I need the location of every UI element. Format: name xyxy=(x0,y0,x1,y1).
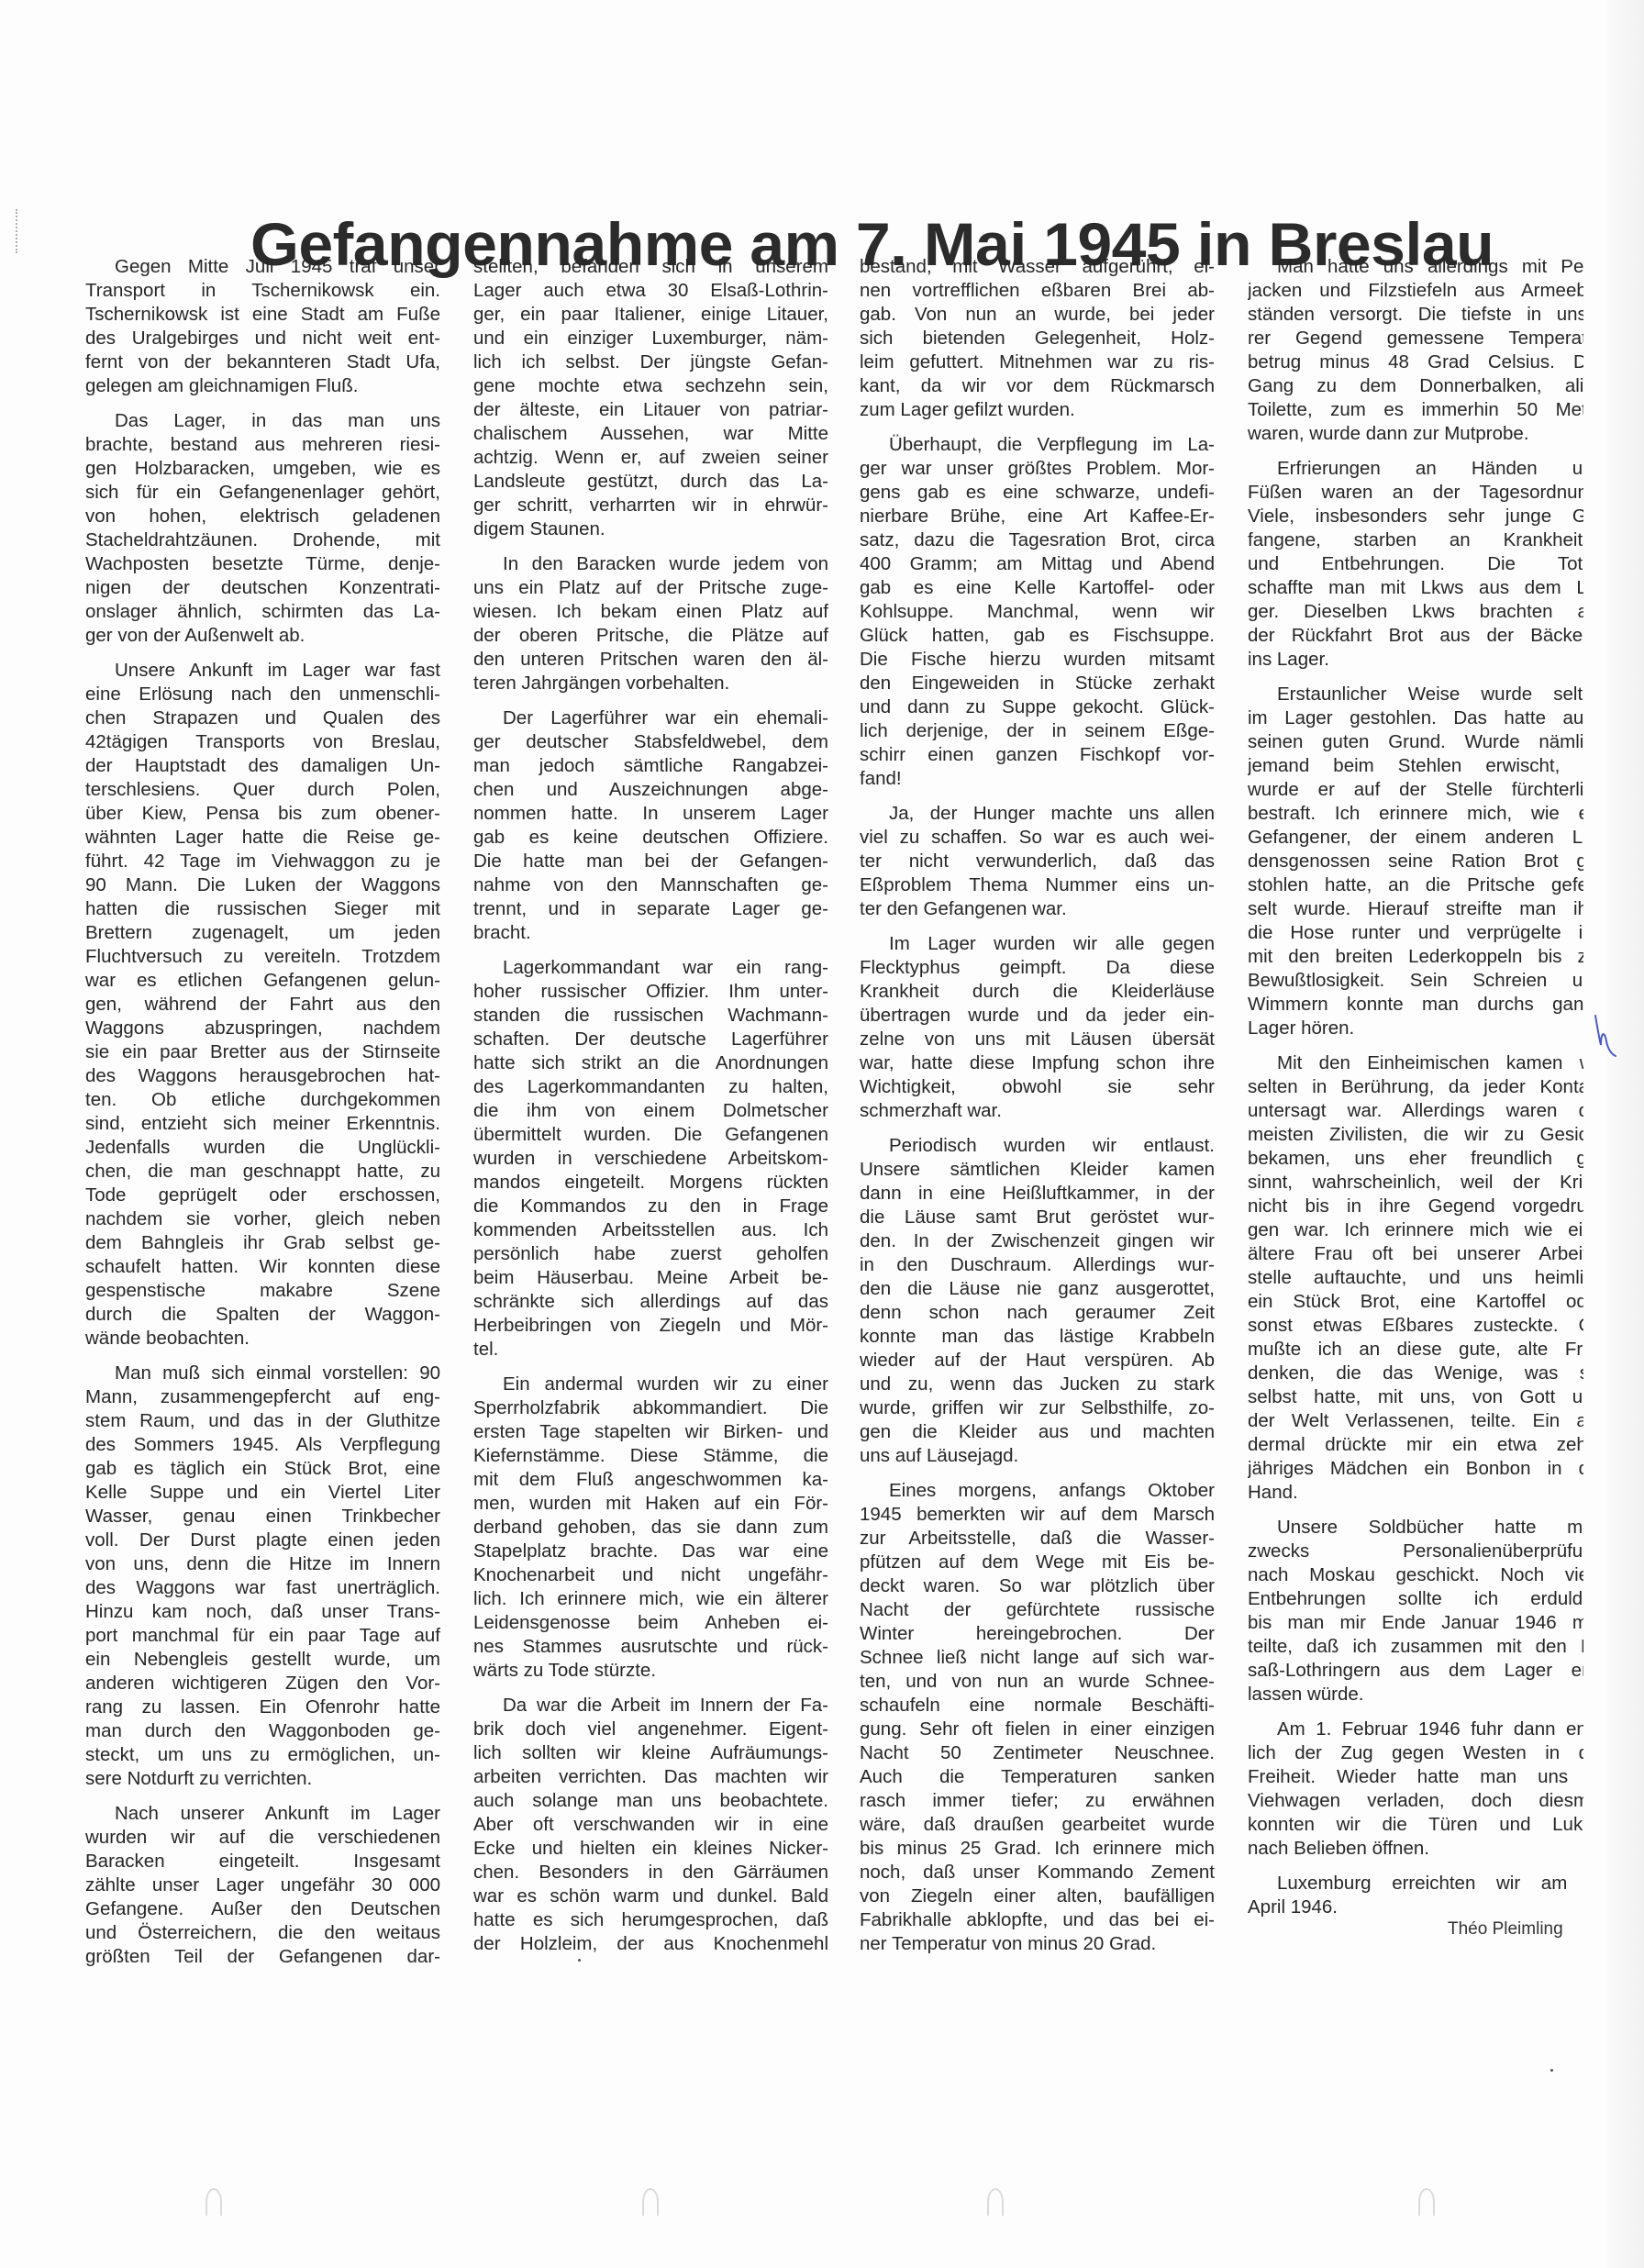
text-line: arbeiten verrichten. Das machten wir xyxy=(473,1765,828,1789)
text-line: Gegen Mitte Juli 1945 traf unser xyxy=(85,255,440,279)
text-line: stohlen hatte, an die Pritsche gefes- xyxy=(1248,873,1583,897)
text-line: wiesen. Ich bekam einen Platz auf xyxy=(473,600,828,624)
article-paragraph: Unsere Ankunft im Lager war fasteine Erl… xyxy=(85,659,440,1351)
text-line: und zu, wenn das Jucken zu stark xyxy=(860,1373,1215,1396)
text-line: Glück hatten, gab es Fischsuppe. xyxy=(860,624,1215,648)
text-line: Baracken eingeteilt. Insgesamt xyxy=(85,1850,440,1873)
text-line: wurde, griffen wir zur Selbsthilfe, zo- xyxy=(860,1396,1215,1420)
text-line: bis man mir Ende Januar 1946 mit- xyxy=(1248,1611,1583,1635)
text-line: sie ein paar Bretter aus der Stirnseite xyxy=(85,1040,440,1064)
text-line: ständen versorgt. Die tiefste in unse- xyxy=(1248,303,1583,327)
text-line: Unsere sämtlichen Kleider kamen xyxy=(860,1158,1215,1182)
article-paragraph: Am 1. Februar 1946 fuhr dann end-lich de… xyxy=(1248,1718,1583,1861)
text-line: Brettern zugenagelt, um jeden xyxy=(85,921,440,945)
text-line: Füßen waren an der Tagesordnung. xyxy=(1248,481,1583,505)
text-line: war es etlichen Gefangenen gelun- xyxy=(85,969,440,993)
text-line: war, hatte diese Impfung schon ihre xyxy=(860,1051,1215,1075)
text-line: sinnt, wahrscheinlich, weil der Krieg xyxy=(1248,1171,1583,1195)
article-paragraph: Lagerkommandant war ein rang-hoher russi… xyxy=(473,956,828,1362)
text-line: port manchmal für ein paar Tage auf xyxy=(85,1624,440,1648)
text-line: mandos eingeteilt. Morgens rückten xyxy=(473,1171,828,1195)
text-line: pfützen auf dem Wege mit Eis be- xyxy=(860,1551,1215,1574)
article-column-2: stellten, befanden sich in unseremLager … xyxy=(473,255,828,1967)
text-line: Hand. xyxy=(1248,1481,1583,1505)
article-paragraph: Überhaupt, die Verpflegung im La-ger war… xyxy=(860,433,1215,791)
text-line: Auch die Temperaturen sanken xyxy=(860,1765,1215,1789)
text-line: Man muß sich einmal vorstellen: 90 xyxy=(85,1362,440,1385)
text-line: ter den Gefangenen war. xyxy=(860,897,1215,921)
article-paragraph: Nach unserer Ankunft im Lagerwurden wir … xyxy=(85,1802,440,1969)
text-line: der Holzleim, der aus Knochenmehl xyxy=(473,1932,828,1956)
text-line: sind, entzieht sich meiner Erkenntnis. xyxy=(85,1112,440,1136)
text-line: fangene, starben an Krankheiten xyxy=(1248,528,1583,552)
text-line: ner Temperatur von minus 20 Grad. xyxy=(860,1932,1215,1956)
text-line: Im Lager wurden wir alle gegen xyxy=(860,932,1215,956)
text-line: Unsere Ankunft im Lager war fast xyxy=(85,659,440,683)
text-line: Kiefernstämme. Diese Stämme, die xyxy=(473,1444,828,1468)
text-line: nachdem sie vorher, gleich neben xyxy=(85,1207,440,1231)
text-line: die Hose runter und verprügelte ihn xyxy=(1248,921,1583,945)
text-line: die Läuse samt Brut geröstet wur- xyxy=(860,1206,1215,1229)
text-line: viel zu schaffen. So war es auch wei- xyxy=(860,826,1215,850)
text-line: 90 Mann. Die Luken der Waggons xyxy=(85,873,440,897)
text-line: schaufeln eine normale Beschäfti- xyxy=(860,1694,1215,1718)
text-line: digem Staunen. xyxy=(473,517,828,541)
text-line: Viehwagen verladen, doch diesmal xyxy=(1248,1789,1583,1813)
text-line: wärts zu Tode stürzte. xyxy=(473,1659,828,1683)
text-line: seinen guten Grund. Wurde nämlich xyxy=(1248,730,1583,754)
text-line: Aber oft verschwanden wir in eine xyxy=(473,1813,828,1837)
text-line: gab es täglich ein Stück Brot, eine xyxy=(85,1457,440,1481)
text-line: man durch den Waggonboden ge- xyxy=(85,1719,440,1743)
text-line: und Entbehrungen. Die Toten xyxy=(1248,552,1583,576)
article-paragraph: Unsere Soldbücher hatte manzwecks Person… xyxy=(1248,1516,1583,1707)
text-line: der Hauptstadt des damaligen Un- xyxy=(85,754,440,778)
text-line: zur Arbeitsstelle, daß die Wasser- xyxy=(860,1527,1215,1551)
text-line: ten, und von nun an wurde Schnee- xyxy=(860,1670,1215,1694)
text-line: derband gehoben, das sie dann zum xyxy=(473,1516,828,1540)
text-line: selten in Berührung, da jeder Kontakt xyxy=(1248,1075,1583,1099)
article-paragraph: Erstaunlicher Weise wurde seltenim Lager… xyxy=(1248,683,1583,1040)
text-line: lassen würde. xyxy=(1248,1683,1583,1707)
text-line: Periodisch wurden wir entlaust. xyxy=(860,1134,1215,1158)
text-line: wände beobachten. xyxy=(85,1327,440,1351)
article-paragraph: stellten, befanden sich in unseremLager … xyxy=(473,255,828,541)
text-line: Lager auch etwa 30 Elsaß-Lothrin- xyxy=(473,279,828,303)
text-line: beim Häuserbau. Meine Arbeit be- xyxy=(473,1266,828,1290)
text-line: onslager ähnlich, schirmten das La- xyxy=(85,600,440,624)
text-line: gen Holzbaracken, umgeben, wie es xyxy=(85,457,440,481)
text-line: gab es eine Kelle Kartoffel- oder xyxy=(860,576,1215,600)
text-line: Flecktyphus geimpft. Da diese xyxy=(860,956,1215,980)
text-line: Überhaupt, die Verpflegung im La- xyxy=(860,433,1215,457)
text-line: uns ein Platz auf der Pritsche zuge- xyxy=(473,576,828,600)
article-paragraph: Das Lager, in das man unsbrachte, bestan… xyxy=(85,409,440,648)
text-line: Leidensgenosse beim Anheben ei- xyxy=(473,1611,828,1635)
text-line: ein Nebengleis gestellt wurde, um xyxy=(85,1648,440,1672)
text-line: gab. Von nun an wurde, bei jeder xyxy=(860,303,1215,327)
article-paragraph: Mit den Einheimischen kamen wirselten in… xyxy=(1248,1051,1583,1505)
text-line: lich derjenige, der in seinem Eßge- xyxy=(860,719,1215,743)
text-line: Nach unserer Ankunft im Lager xyxy=(85,1802,440,1826)
text-line: teilte, daß ich zusammen mit den El- xyxy=(1248,1635,1583,1659)
text-line: den unteren Pritschen waren den äl- xyxy=(473,648,828,672)
text-line: lich. Ich erinnere mich, wie ein älterer xyxy=(473,1587,828,1611)
article-paragraph: Periodisch wurden wir entlaust.Unsere sä… xyxy=(860,1134,1215,1468)
text-line: stellten, befanden sich in unserem xyxy=(473,255,828,279)
text-line: schränkte sich allerdings auf das xyxy=(473,1290,828,1314)
text-line: brik doch viel angenehmer. Eigent- xyxy=(473,1718,828,1741)
text-line: Mit den Einheimischen kamen wir xyxy=(1248,1051,1583,1075)
text-line: ger war unser größtes Problem. Mor- xyxy=(860,457,1215,481)
text-line: von uns, denn die Hitze im Innern xyxy=(85,1552,440,1576)
text-line: Wasser, genau einen Trinkbecher xyxy=(85,1505,440,1529)
article-paragraph: Gegen Mitte Juli 1945 traf unserTranspor… xyxy=(85,255,440,398)
text-line: steckt, um uns zu ermöglichen, un- xyxy=(85,1743,440,1767)
text-line: Viele, insbesonders sehr junge Ge- xyxy=(1248,505,1583,528)
text-line: im Lager gestohlen. Das hatte auch xyxy=(1248,706,1583,730)
text-line: gelegen am gleichnamigen Fluß. xyxy=(85,374,440,398)
text-line: schaften. Der deutsche Lagerführer xyxy=(473,1028,828,1051)
text-line: trennt, und in separate Lager ge- xyxy=(473,897,828,921)
article-paragraph: Da war die Arbeit im Innern der Fa-brik … xyxy=(473,1694,828,1956)
text-line: noch, daß unser Kommando Zement xyxy=(860,1861,1215,1884)
text-line: chen und Auszeichnungen abge- xyxy=(473,778,828,802)
text-line: Die Fische hierzu wurden mitsamt xyxy=(860,648,1215,672)
article-column-4-inner: Man hatte uns allerdings mit Pelz-jacken… xyxy=(1248,255,1583,1919)
text-line: der älteste, ein Litauer von patriar- xyxy=(473,398,828,422)
text-line: Nacht 50 Zentimeter Neuschnee. xyxy=(860,1741,1215,1765)
article-paragraph: Ein andermal wurden wir zu einerSperrhol… xyxy=(473,1373,828,1683)
binder-hole-mark xyxy=(642,2188,659,2216)
text-line: kommenden Arbeitsstellen aus. Ich xyxy=(473,1218,828,1242)
article-column-1: Gegen Mitte Juli 1945 traf unserTranspor… xyxy=(85,255,440,1980)
text-line: dermal drückte mir ein etwa zehn- xyxy=(1248,1433,1583,1457)
text-line: Erstaunlicher Weise wurde selten xyxy=(1248,683,1583,706)
text-line: meisten Zivilisten, die wir zu Gesicht xyxy=(1248,1123,1583,1147)
text-line: sonst etwas Eßbares zusteckte. Oft xyxy=(1248,1314,1583,1338)
text-line: tel. xyxy=(473,1338,828,1362)
text-line: standen die russischen Wachmann- xyxy=(473,1004,828,1028)
text-line: 42tägigen Transports von Breslau, xyxy=(85,730,440,754)
text-line: hoher russischer Offizier. Ihm unter- xyxy=(473,980,828,1004)
text-line: Fabrikhalle abklopfte, und das bei ei- xyxy=(860,1908,1215,1932)
text-line: Eßproblem Thema Nummer eins un- xyxy=(860,873,1215,897)
text-line: und ein einziger Luxemburger, näm- xyxy=(473,327,828,350)
text-line: ger, ein paar Italiener, einige Litauer, xyxy=(473,303,828,327)
text-line: wurden wir auf die verschiedenen xyxy=(85,1826,440,1850)
text-line: Man hatte uns allerdings mit Pelz- xyxy=(1248,255,1583,279)
text-line: schmerzhaft war. xyxy=(860,1099,1215,1123)
text-line: von hohen, elektrisch geladenen xyxy=(85,505,440,528)
text-line: und dann zu Suppe gekocht. Glück- xyxy=(860,695,1215,719)
text-line: zwecks Personalienüberprüfung xyxy=(1248,1540,1583,1563)
text-line: Lager hören. xyxy=(1248,1017,1583,1040)
text-line: Die hatte man bei der Gefangen- xyxy=(473,850,828,873)
text-line: Ein andermal wurden wir zu einer xyxy=(473,1373,828,1396)
text-line: ter nicht verwunderlich, daß das xyxy=(860,850,1215,873)
text-line: des Waggons war fast unerträglich. xyxy=(85,1576,440,1600)
text-line: gen die Kleider aus und machten xyxy=(860,1420,1215,1444)
text-line: voll. Der Durst plagte einen jeden xyxy=(85,1529,440,1552)
text-line: nach Belieben öffnen. xyxy=(1248,1837,1583,1861)
text-line: 1945 bemerkten wir auf dem Marsch xyxy=(860,1503,1215,1527)
text-line: ins Lager. xyxy=(1248,648,1583,672)
text-line: Unsere Soldbücher hatte man xyxy=(1248,1516,1583,1540)
text-line: Gang zu dem Donnerbalken, alias xyxy=(1248,374,1583,398)
text-line: nierbare Brühe, eine Art Kaffee-Er- xyxy=(860,505,1215,528)
text-line: kant, da wir vor dem Rückmarsch xyxy=(860,374,1215,398)
text-line: in den Duschraum. Allerdings wur- xyxy=(860,1253,1215,1277)
text-line: bekamen, uns eher freundlich ge- xyxy=(1248,1147,1583,1171)
article-paragraph: Man hatte uns allerdings mit Pelz-jacken… xyxy=(1248,255,1583,446)
text-line: nommen hatte. In unserem Lager xyxy=(473,802,828,826)
text-line: In den Baracken wurde jedem von xyxy=(473,552,828,576)
text-line: konnten wir die Türen und Luken xyxy=(1248,1813,1583,1837)
text-line: Am 1. Februar 1946 fuhr dann end- xyxy=(1248,1718,1583,1741)
text-line: men, wurden mit Haken auf ein För- xyxy=(473,1492,828,1516)
text-line: mit den breiten Lederkoppeln bis zur xyxy=(1248,945,1583,969)
article-paragraph: Eines morgens, anfangs Oktober1945 bemer… xyxy=(860,1479,1215,1956)
text-line: anderen wichtigeren Zügen den Vor- xyxy=(85,1672,440,1695)
scan-speck xyxy=(578,1959,581,1962)
text-line: Wimmern konnte man durchs ganze xyxy=(1248,993,1583,1017)
text-line: chen. Besonders in den Gärräumen xyxy=(473,1861,828,1884)
article-paragraph: Ja, der Hunger machte uns allenviel zu s… xyxy=(860,802,1215,921)
text-line: die ihm von einem Dolmetscher xyxy=(473,1099,828,1123)
text-line: nen vortrefflichen eßbaren Brei ab- xyxy=(860,279,1215,303)
text-line: jacken und Filzstiefeln aus Armeebe- xyxy=(1248,279,1583,303)
text-line: Wichtigkeit, obwohl sie sehr xyxy=(860,1075,1215,1099)
article-column-4: Man hatte uns allerdings mit Pelz-jacken… xyxy=(1248,255,1583,1930)
text-line: Da war die Arbeit im Innern der Fa- xyxy=(473,1694,828,1718)
article-paragraph: Luxemburg erreichten wir am 7.April 1946… xyxy=(1248,1872,1583,1919)
text-line: Sperrholzfabrik abkommandiert. Die xyxy=(473,1396,828,1420)
text-line: übermittelt wurden. Die Gefangenen xyxy=(473,1123,828,1147)
text-line: durch die Spalten der Waggon- xyxy=(85,1303,440,1327)
text-line: der oberen Pritsche, die Plätze auf xyxy=(473,624,828,648)
text-line: Der Lagerführer war ein ehemali- xyxy=(473,706,828,730)
text-line: April 1946. xyxy=(1248,1896,1583,1919)
text-line: und Österreichern, die den weitaus xyxy=(85,1921,440,1945)
handwritten-pen-mark-icon xyxy=(1592,1014,1619,1060)
text-line: rer Gegend gemessene Temperatur xyxy=(1248,327,1583,350)
text-line: Erfrierungen an Händen und xyxy=(1248,457,1583,481)
text-line: uns auf Läusejagd. xyxy=(860,1444,1215,1468)
text-line: wurden in verschiedene Arbeitskom- xyxy=(473,1147,828,1171)
text-line: sich bietenden Gelegenheit, Holz- xyxy=(860,327,1215,350)
text-line: ger schritt, verharrten wir in ehrwür- xyxy=(473,494,828,517)
article-column-3: bestand, mit Wasser aufgerührt, ei-nen v… xyxy=(860,255,1215,1967)
text-line: Wachposten besetzte Türme, denje- xyxy=(85,552,440,576)
text-line: Mann, zusammengepfercht auf eng- xyxy=(85,1385,440,1409)
text-line: des Uralgebirges und nicht weit ent- xyxy=(85,327,440,350)
text-line: auch solange man uns beobachtete. xyxy=(473,1789,828,1813)
text-line: Tschernikowsk ist eine Stadt am Fuße xyxy=(85,303,440,327)
text-line: hatte sich strikt an die Anordnungen xyxy=(473,1051,828,1075)
text-line: betrug minus 48 Grad Celsius. Der xyxy=(1248,350,1583,374)
text-line: hatte es sich herumgesprochen, daß xyxy=(473,1908,828,1932)
text-line: lich sollten wir kleine Aufräumungs- xyxy=(473,1741,828,1765)
text-line: Herbeibringen von Ziegeln und Mör- xyxy=(473,1314,828,1338)
text-line: Gefangene. Außer den Deutschen xyxy=(85,1897,440,1921)
text-line: Winter hereingebrochen. Der xyxy=(860,1622,1215,1646)
text-line: man jedoch sämtliche Rangabzei- xyxy=(473,754,828,778)
text-line: denn schon nach geraumer Zeit xyxy=(860,1301,1215,1325)
text-line: selt wurde. Hierauf streifte man ihm xyxy=(1248,897,1583,921)
text-line: gespenstische makabre Szene xyxy=(85,1279,440,1303)
text-line: schaufelt hatten. Wir konnten diese xyxy=(85,1255,440,1279)
text-line: zählte unser Lager ungefähr 30 000 xyxy=(85,1873,440,1897)
text-line: Knochenarbeit und nicht ungefähr- xyxy=(473,1563,828,1587)
text-line: satz, dazu die Tagesration Brot, circa xyxy=(860,528,1215,552)
text-line: Entbehrungen sollte ich erdulden xyxy=(1248,1587,1583,1611)
scan-speck xyxy=(1550,2069,1553,2072)
text-line: des Waggons herausgebrochen hat- xyxy=(85,1064,440,1088)
text-line: Ecke und hielten ein kleines Nicker- xyxy=(473,1837,828,1861)
text-line: der Rückfahrt Brot aus der Bäckerei xyxy=(1248,624,1583,648)
text-line: chen Strapazen und Qualen des xyxy=(85,706,440,730)
text-line: Stapelplatz brachte. Das war eine xyxy=(473,1540,828,1563)
text-line: achtzig. Wenn er, auf zweien seiner xyxy=(473,446,828,470)
text-line: ger von der Außenwelt ab. xyxy=(85,624,440,648)
text-line: gens gab es eine schwarze, undefi- xyxy=(860,481,1215,505)
text-line: dann in eine Heißluftkammer, in der xyxy=(860,1182,1215,1206)
text-line: eine Erlösung nach den unmenschli- xyxy=(85,683,440,706)
text-line: Jedenfalls wurden die Unglückli- xyxy=(85,1136,440,1160)
text-line: der Welt Verlassenen, teilte. Ein an- xyxy=(1248,1409,1583,1433)
text-line: gene mochte etwa sechzehn sein, xyxy=(473,374,828,398)
text-line: sich für ein Gefangenenlager gehört, xyxy=(85,481,440,505)
text-line: deckt waren. So war plötzlich über xyxy=(860,1574,1215,1598)
text-line: Kelle Suppe und ein Viertel Liter xyxy=(85,1481,440,1505)
text-line: Das Lager, in das man uns xyxy=(85,409,440,433)
text-line: Stacheldrahtzäunen. Drohende, mit xyxy=(85,528,440,552)
text-line: übertragen wurde und da jeder ein- xyxy=(860,1004,1215,1028)
text-line: konnte man das lästige Krabbeln xyxy=(860,1325,1215,1349)
text-line: Schnee ließ nicht lange auf sich war- xyxy=(860,1646,1215,1670)
text-line: Krankheit durch die Kleiderläuse xyxy=(860,980,1215,1004)
text-line: von Ziegeln einer alten, baufälligen xyxy=(860,1884,1215,1908)
text-line: Nacht der gefürchtete russische xyxy=(860,1598,1215,1622)
text-line: saß-Lothringern aus dem Lager ent- xyxy=(1248,1659,1583,1683)
text-line: ein Stück Brot, eine Kartoffel oder xyxy=(1248,1290,1583,1314)
text-line: schaffte man mit Lkws aus dem La- xyxy=(1248,576,1583,600)
text-line: ger. Dieselben Lkws brachten auf xyxy=(1248,600,1583,624)
text-line: schirr einen ganzen Fischkopf vor- xyxy=(860,743,1215,767)
text-line: selbst hatte, mit uns, von Gott und xyxy=(1248,1385,1583,1409)
text-line: Hinzu kam noch, daß unser Trans- xyxy=(85,1600,440,1624)
text-line: Luxemburg erreichten wir am 7. xyxy=(1248,1872,1583,1896)
text-line: zelne von uns mit Läusen übersät xyxy=(860,1028,1215,1051)
text-line: 400 Gramm; am Mittag und Abend xyxy=(860,552,1215,576)
text-line: Eines morgens, anfangs Oktober xyxy=(860,1479,1215,1503)
scanned-newspaper-page: Gefangennahme am 7. Mai 1945 in Breslau … xyxy=(0,0,1644,2268)
text-line: persönlich habe zuerst geholfen xyxy=(473,1242,828,1266)
text-line: densgenossen seine Ration Brot ge- xyxy=(1248,850,1583,873)
text-line: nahme von den Mannschaften ge- xyxy=(473,873,828,897)
text-line: Tode geprügelt oder erschossen, xyxy=(85,1184,440,1207)
text-line: über Kiew, Pensa bis zum obener- xyxy=(85,802,440,826)
binder-hole-mark xyxy=(987,2188,1004,2216)
article-paragraph: bestand, mit Wasser aufgerührt, ei-nen v… xyxy=(860,255,1215,422)
text-line: rasch immer tiefer; zu erwähnen xyxy=(860,1789,1215,1813)
text-line: stelle auftauchte, und uns heimlich xyxy=(1248,1266,1583,1290)
text-line: nes Stammes ausrutschte und rück- xyxy=(473,1635,828,1659)
article-paragraph: Man muß sich einmal vorstellen: 90Mann, … xyxy=(85,1362,440,1791)
text-line: untersagt war. Allerdings waren die xyxy=(1248,1099,1583,1123)
text-line: den. In der Zwischenzeit gingen wir xyxy=(860,1229,1215,1253)
text-line: wieder auf der Haut verspüren. Ab xyxy=(860,1349,1215,1373)
text-line: mußte ich an diese gute, alte Frau xyxy=(1248,1338,1583,1362)
text-line: ältere Frau oft bei unserer Arbeits- xyxy=(1248,1242,1583,1266)
text-line: gung. Sehr oft fielen in einer einzigen xyxy=(860,1718,1215,1741)
text-line: Gefangener, der einem anderen Lei- xyxy=(1248,826,1583,850)
text-line: wäre, daß draußen gearbeitet wurde xyxy=(860,1813,1215,1837)
text-line: des Sommers 1945. Als Verpflegung xyxy=(85,1433,440,1457)
text-line: teren Jahrgängen vorbehalten. xyxy=(473,672,828,695)
text-line: Kohlsuppe. Manchmal, wenn wir xyxy=(860,600,1215,624)
text-line: nicht bis in ihre Gegend vorgedrun- xyxy=(1248,1195,1583,1218)
text-line: Waggons abzuspringen, nachdem xyxy=(85,1017,440,1040)
text-line: rang zu lassen. Ein Ofenrohr hatte xyxy=(85,1695,440,1719)
text-line: gen war. Ich erinnere mich wie eine xyxy=(1248,1218,1583,1242)
article-paragraph: Der Lagerführer war ein ehemali-ger deut… xyxy=(473,706,828,945)
text-line: den die Läuse nie ganz ausgerottet, xyxy=(860,1277,1215,1301)
text-line: gab es keine deutschen Offiziere. xyxy=(473,826,828,850)
text-line: dem Bahngleis ihr Grab selbst ge- xyxy=(85,1231,440,1255)
author-signature: Théo Pleimling xyxy=(1448,1919,1631,1940)
text-line: denken, die das Wenige, was sie xyxy=(1248,1362,1583,1385)
text-line: chalischem Aussehen, war Mitte xyxy=(473,422,828,446)
text-line: Ja, der Hunger machte uns allen xyxy=(860,802,1215,826)
text-line: ersten Tage stapelten wir Birken- und xyxy=(473,1420,828,1444)
text-line: terschlesiens. Quer durch Polen, xyxy=(85,778,440,802)
text-line: fernt von der bekannteren Stadt Ufa, xyxy=(85,350,440,374)
text-line: gen, während der Fahrt aus den xyxy=(85,993,440,1017)
text-line: chen, die man geschnappt hatte, zu xyxy=(85,1160,440,1184)
text-line: stem Raum, und das in der Gluthitze xyxy=(85,1409,440,1433)
article-paragraph: In den Baracken wurde jedem vonuns ein P… xyxy=(473,552,828,695)
text-line: brachte, bestand aus mehreren riesi- xyxy=(85,433,440,457)
text-line: sere Notdurft zu verrichten. xyxy=(85,1767,440,1791)
text-line: Toilette, zum es immerhin 50 Meter xyxy=(1248,398,1583,422)
article-paragraph: Erfrierungen an Händen undFüßen waren an… xyxy=(1248,457,1583,672)
text-line: Fluchtversuch zu vereiteln. Trotzdem xyxy=(85,945,440,969)
text-line: Freiheit. Wieder hatte man uns in xyxy=(1248,1765,1583,1789)
text-line: fand! xyxy=(860,767,1215,791)
text-line: wurde er auf der Stelle fürchterlich xyxy=(1248,778,1583,802)
article-paragraph: Im Lager wurden wir alle gegenFlecktyphu… xyxy=(860,932,1215,1123)
text-line: die Kommandos zu den in Frage xyxy=(473,1195,828,1218)
text-line: bis minus 25 Grad. Ich erinnere mich xyxy=(860,1837,1215,1861)
text-line: wähnten Lager hatte die Reise ge- xyxy=(85,826,440,850)
text-line: nigen der deutschen Konzentrati- xyxy=(85,576,440,600)
text-line: Bewußtlosigkeit. Sein Schreien und xyxy=(1248,969,1583,993)
text-line: ger deutscher Stabsfeldwebel, dem xyxy=(473,730,828,754)
text-line: jähriges Mädchen ein Bonbon in die xyxy=(1248,1457,1583,1481)
text-line: größten Teil der Gefangenen dar- xyxy=(85,1945,440,1969)
text-line: Landsleute gestützt, durch das La- xyxy=(473,470,828,494)
text-line: waren, wurde dann zur Mutprobe. xyxy=(1248,422,1583,446)
binder-hole-mark xyxy=(1418,2188,1435,2216)
text-line: hatten die russischen Sieger mit xyxy=(85,897,440,921)
text-line: führt. 42 Tage im Viehwaggon zu je xyxy=(85,850,440,873)
text-line: des Lagerkommandanten zu halten, xyxy=(473,1075,828,1099)
text-line: war es schön warm und dunkel. Bald xyxy=(473,1884,828,1908)
text-line: lich der Zug gegen Westen in die xyxy=(1248,1741,1583,1765)
text-line: Lagerkommandant war ein rang- xyxy=(473,956,828,980)
